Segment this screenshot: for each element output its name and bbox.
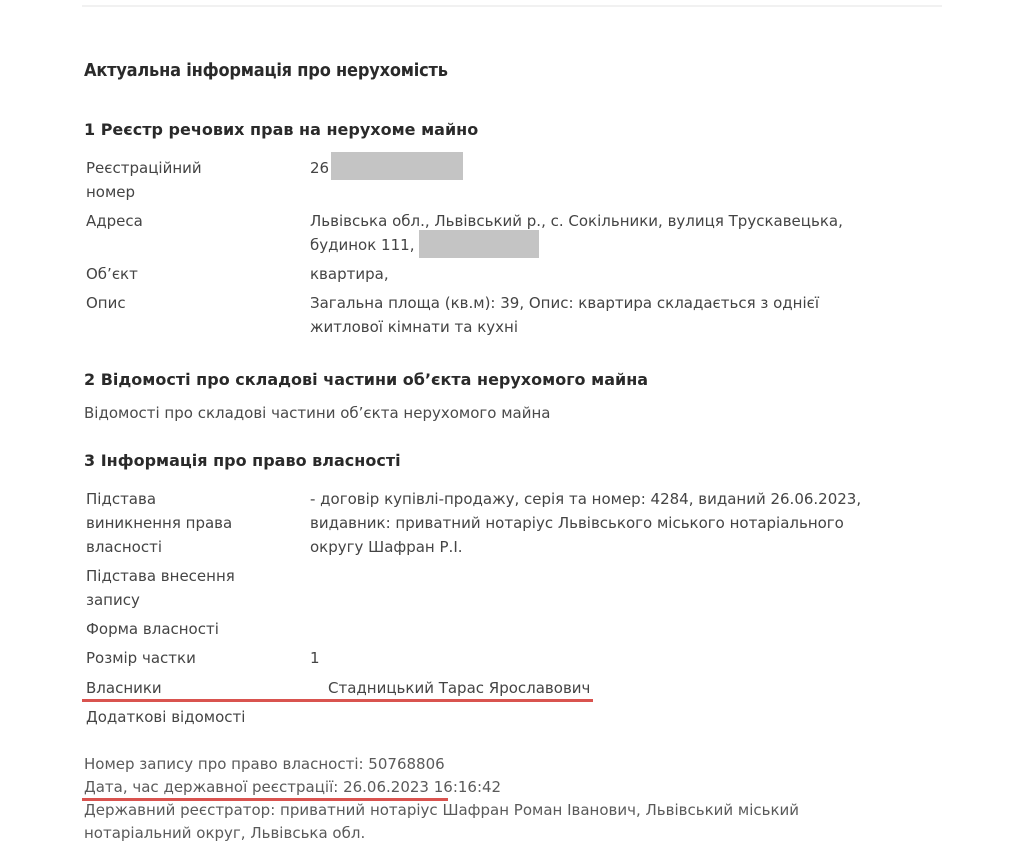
additional-info-label: Додаткові відомості	[86, 705, 286, 729]
registration-number-label: Реєстраційний номер	[86, 156, 286, 204]
address-value: Львівська обл., Львівський р., с. Сокіль…	[310, 209, 930, 258]
ownership-basis-label: Підстава виникнення права власності	[86, 487, 286, 559]
object-value: квартира,	[310, 262, 930, 286]
address-label: Адреса	[86, 209, 286, 233]
registration-datetime: Дата, час державної реєстрації: 26.06.20…	[84, 776, 944, 798]
description-value: Загальна площа (кв.м): 39, Опис: квартир…	[310, 291, 930, 339]
description-label: Опис	[86, 291, 286, 315]
registration-number-value: 26	[310, 156, 930, 180]
ownership-basis-value: - договір купівлі-продажу, серія та номе…	[310, 487, 930, 559]
share-size-value: 1	[310, 646, 930, 670]
record-number: Номер запису про право власності: 507688…	[84, 753, 944, 775]
redaction-block	[331, 152, 463, 180]
redaction-block	[419, 230, 539, 258]
section-2-text: Відомості про складові частини об’єкта н…	[84, 401, 550, 425]
owners-label: Власники	[86, 676, 286, 700]
top-divider	[82, 5, 942, 7]
owners-value: Стадницький Тарас Ярославович	[328, 676, 948, 700]
section-1-title: 1 Реєстр речових прав на нерухоме майно	[84, 120, 478, 139]
share-size-label: Розмір частки	[86, 646, 286, 670]
section-2-title: 2 Відомості про складові частини об’єкта…	[84, 370, 648, 389]
entry-basis-label: Підстава внесення запису	[86, 564, 286, 612]
ownership-form-label: Форма власності	[86, 617, 286, 641]
registrar-line-2: нотаріальний округ, Львівська обл.	[84, 822, 944, 844]
owners-highlight-underline	[82, 699, 593, 702]
section-3-title: 3 Інформація про право власності	[84, 451, 401, 470]
registrar-line-1: Державний реєстратор: приватний нотаріус…	[84, 799, 944, 821]
object-label: Об’єкт	[86, 262, 286, 286]
page-title: Актуальна інформація про нерухомість	[84, 60, 448, 81]
